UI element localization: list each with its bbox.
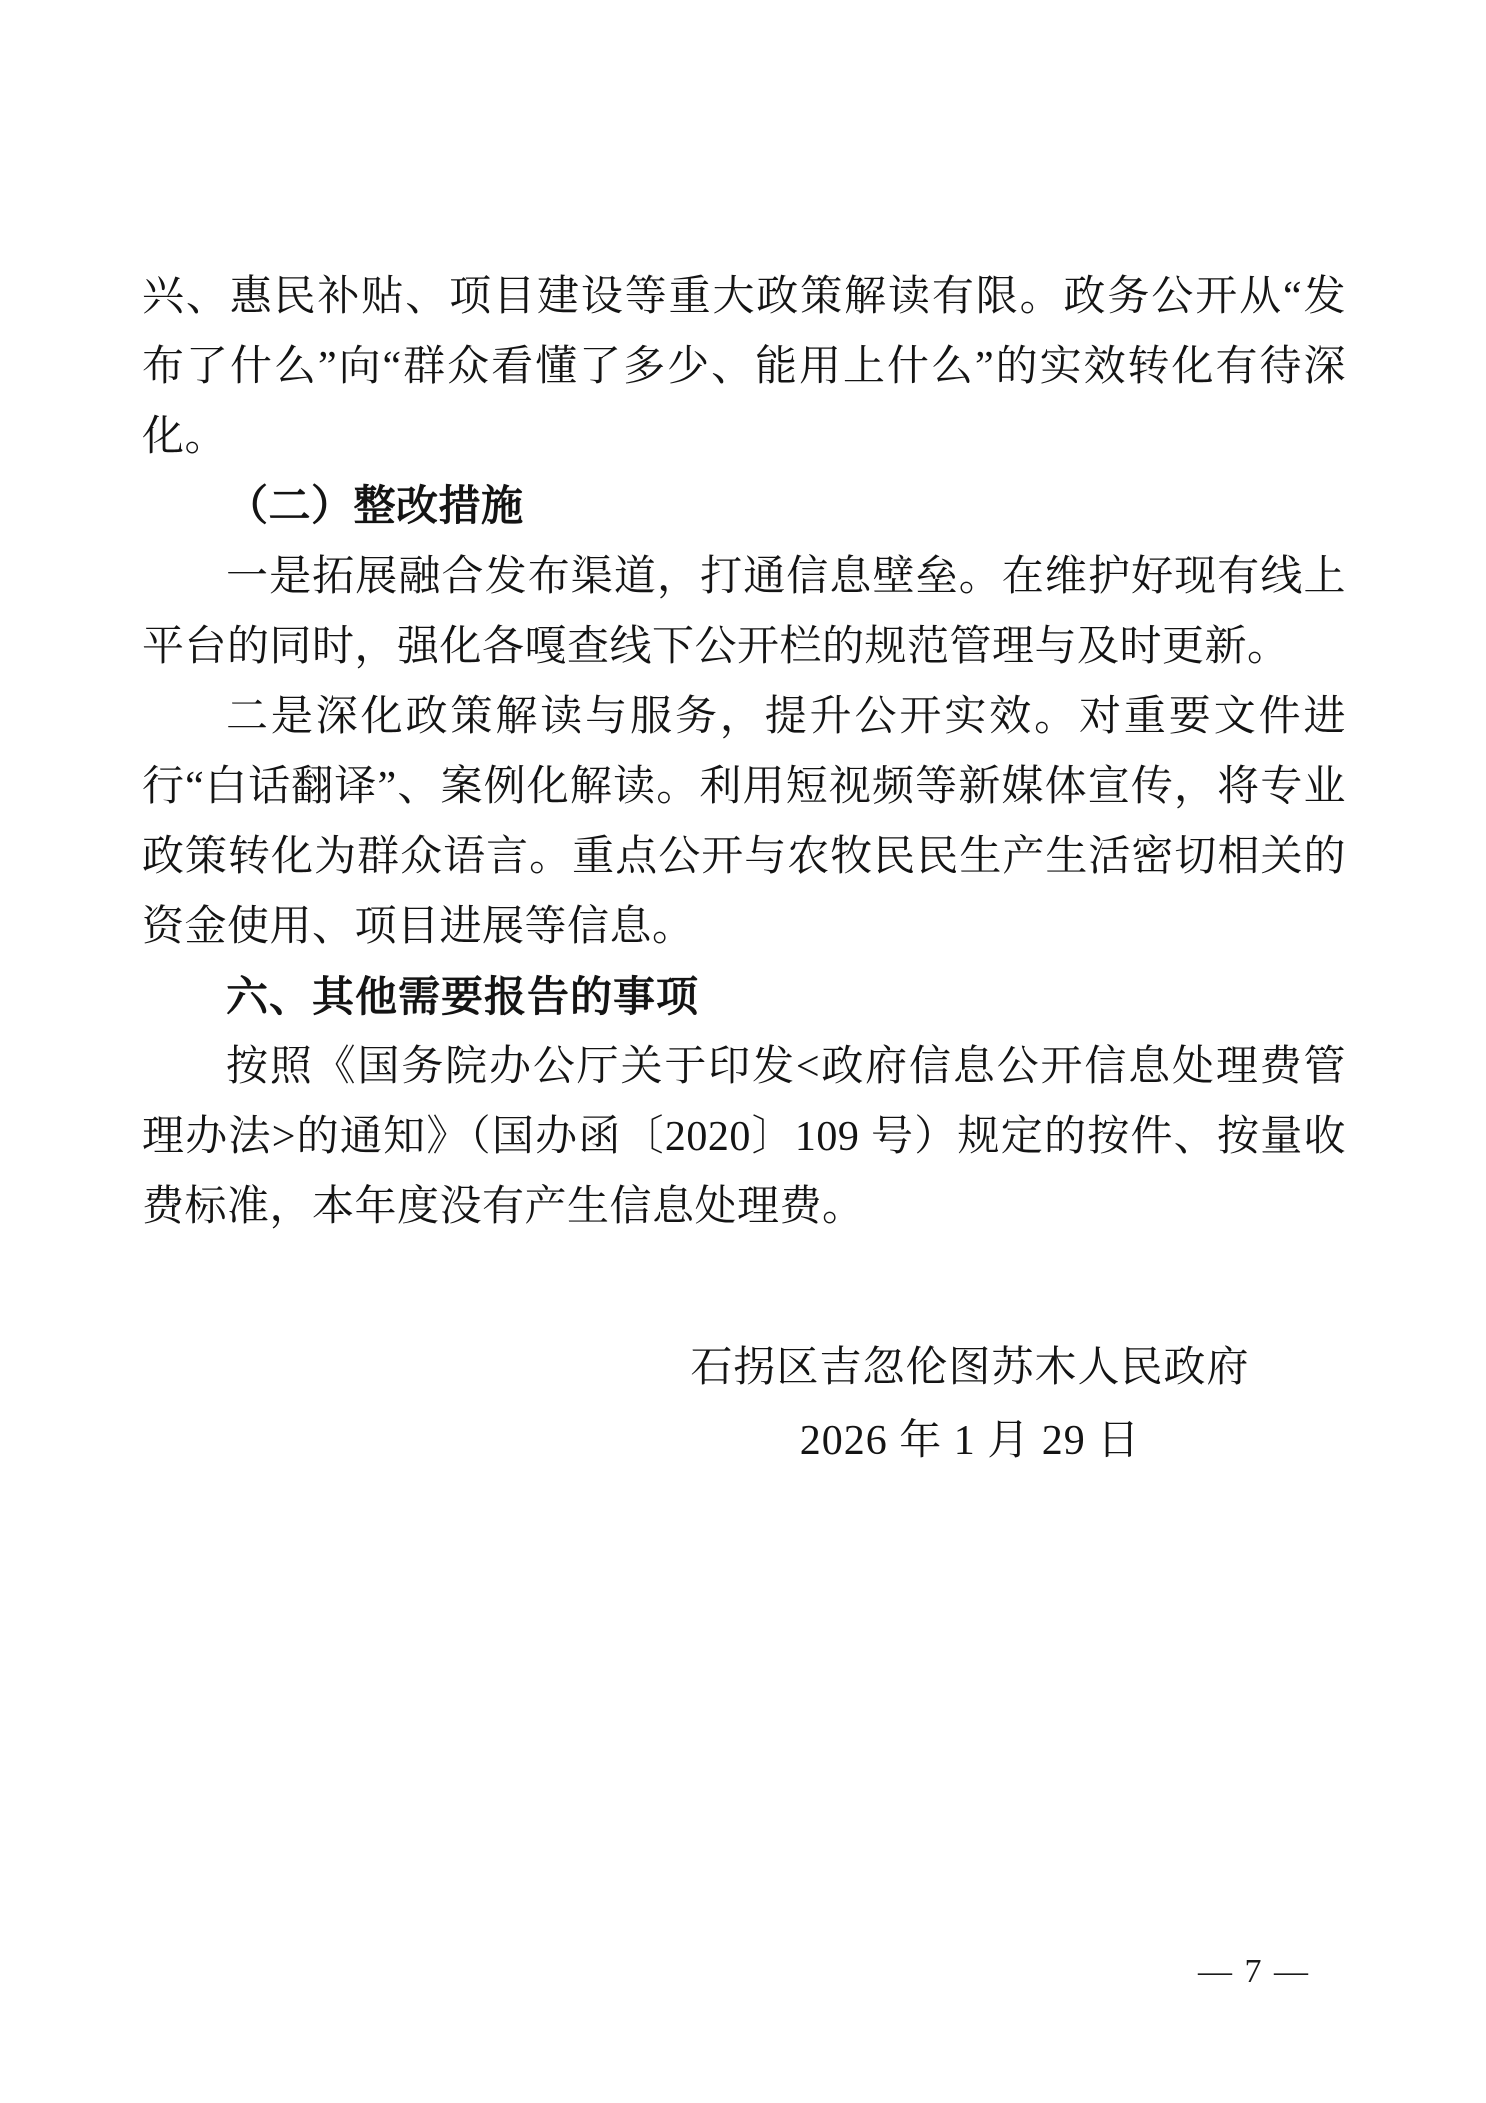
signature-date: 2026 年 1 月 29 日 — [520, 1405, 1420, 1478]
section-heading-other-matters: 六、其他需要报告的事项 — [142, 962, 1346, 1032]
document-page: 兴、惠民补贴、项目建设等重大政策解读有限。政务公开从“发布了什么”向“群众看懂了… — [0, 0, 1486, 2103]
document-body: 兴、惠民补贴、项目建设等重大政策解读有限。政务公开从“发布了什么”向“群众看懂了… — [142, 262, 1346, 1242]
page-number: — 7 — — [1198, 1952, 1310, 1992]
paragraph-measure-2: 二是深化政策解读与服务，提升公开实效。对重要文件进行“白话翻译”、案例化解读。利… — [142, 682, 1346, 962]
signature-issuer: 石拐区吉忽伦图苏木人民政府 — [520, 1332, 1420, 1405]
paragraph-processing-fees: 按照《国务院办公厅关于印发<政府信息公开信息处理费管理办法>的通知》（国办函〔2… — [142, 1032, 1346, 1242]
paragraph-continuation: 兴、惠民补贴、项目建设等重大政策解读有限。政务公开从“发布了什么”向“群众看懂了… — [142, 262, 1346, 472]
signature-block: 石拐区吉忽伦图苏木人民政府 2026 年 1 月 29 日 — [520, 1332, 1420, 1478]
section-heading-rectification-measures: （二）整改措施 — [142, 472, 1346, 542]
paragraph-measure-1: 一是拓展融合发布渠道，打通信息壁垒。在维护好现有线上平台的同时，强化各嘎查线下公… — [142, 542, 1346, 682]
